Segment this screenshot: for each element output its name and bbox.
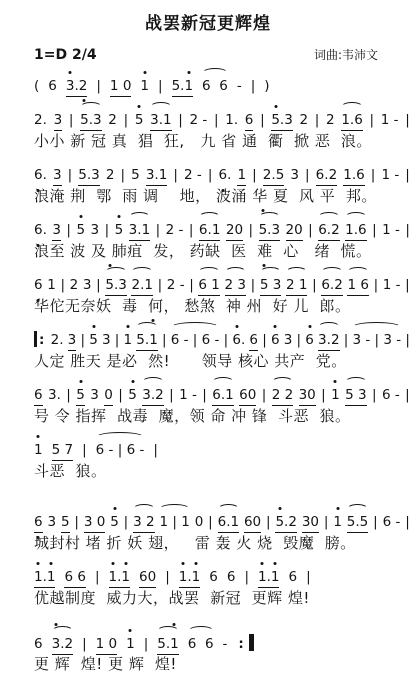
note-char: 7 [64,441,73,459]
barline: | [118,386,123,404]
barline: | [405,276,410,294]
note-char: . [43,166,47,184]
note-char: - [223,635,228,653]
note-group: 6. [34,166,47,184]
music-line: 1.16 6|1.160|1.166|1.16| [34,556,416,588]
note-group: 60 [239,386,256,406]
note-char: 6 [127,441,136,459]
note-char: 3 [93,111,102,129]
note-group: 5.5 [347,513,368,533]
note-char: 6 [212,386,221,404]
note-char: 1 [124,331,133,349]
slur-arc [129,212,150,222]
note-group: 6 [34,386,43,406]
note-char: 6 [34,386,43,404]
meta-row: 1=D 2/4 词曲:韦沛文 [0,34,416,63]
repeat-dots: : [238,635,243,653]
note-group: 3.2 [52,635,73,655]
note-char: 2 [285,386,294,404]
note-char: 6 [232,331,241,349]
barline: | [66,221,71,239]
note-char: 3 [146,166,155,184]
octave-dot-above [126,325,129,328]
note-group: - [237,77,242,95]
note-group: 6 - | 6 - [96,441,145,459]
note-char: 1 [184,77,193,95]
note-char: - [237,77,242,95]
lyrics-line: 更 辉 煌! 更 辉 煌! [34,654,416,674]
lyrics-line: 优越制度 威力大，战罢 新冠 更辉 煌! [34,588,416,608]
note-group: 5.3 [271,111,292,131]
note-char: 1 [230,513,239,531]
note-group: 30 [299,386,316,406]
note-group: 5 [131,166,140,184]
note-char: 1 [382,221,391,239]
octave-dot-above [152,319,155,322]
note-char: 3 [302,513,311,531]
slur-arc [131,267,152,277]
note-group: 6 - [382,386,400,404]
note-char: 6 [316,166,325,184]
slur-arc [80,102,101,112]
note-group: 5 [76,221,85,239]
slur-arc [52,626,73,636]
note-group: 1 [126,635,135,653]
note-char: 3 [133,513,142,531]
note-group: 2 [300,111,309,129]
note-char: - [180,276,185,294]
note-char: 1 [211,276,220,294]
note-char: - [192,386,197,404]
note-char: 5 [275,513,284,531]
octave-dot-above [37,562,40,565]
note-char: 3 [150,111,159,129]
note-group: 6.1 [212,386,233,406]
slur-arc [157,626,178,636]
note-char: 1 [170,635,179,653]
note-group: 3.1 [129,221,150,241]
barline: | [224,331,229,349]
lyrics-line: 浪至 波 及 肺疽 发， 药缺 医 难 心 绪 慌。 [34,241,416,261]
slur-arc [136,322,157,332]
barline: | [297,331,302,349]
note-char: 1 [159,166,168,184]
lyrics-line: 小小 新 冠 真 猖 狂, 九 省 通 衢 掀 恶 浪。 [34,131,416,151]
note-char: 2 [146,513,155,531]
note-char: 2 [131,276,140,294]
note-char: 6 [356,166,365,184]
note-group: 3.2 [66,77,87,97]
note-char: 1 [333,513,342,531]
note-char: 2 [331,331,340,349]
note-char: 6 [305,331,314,349]
note-char: 2 [106,166,115,184]
note-char: 1 [237,166,246,184]
note-group: 2.5 [263,166,284,186]
note-group: 1 - [381,166,399,184]
barline: | [178,111,183,129]
music-line: 63.|530|53.2|1 -|6.160|2 230|15 3|6 -| [34,374,410,406]
octave-dot-above [182,562,185,565]
note-char: 1 [179,568,188,586]
note-char: 3 [318,331,327,349]
barline: | [74,513,79,531]
slur-arc [345,377,366,387]
octave-dot-above [261,562,264,565]
note-group: 1.6 [341,111,362,131]
note-group: 6 [245,111,254,131]
note-group: 1 0 [96,635,117,655]
note-group: 5.1 [157,635,178,655]
note-char: 6 [202,331,211,349]
slur-arc [218,504,239,514]
barline: | [305,166,310,184]
barline: | [162,331,167,349]
barline: | [405,166,410,184]
note-char: 6 [34,635,43,653]
octave-dot-below [221,189,224,192]
octave-dot-above [117,215,120,218]
note-group: 6 [34,635,43,653]
lyrics-line: 人定 胜天 是必 然! 领导 核心 共产 党。 [34,351,416,371]
octave-dot-above [308,325,311,328]
note-char: 1 [181,513,190,531]
note-char: 5 [76,386,85,404]
note-char: 6 [358,221,367,239]
note-group: 5.3 [80,111,101,131]
note-group: 2 - [167,276,185,294]
note-char: - [139,441,144,459]
note-char: 1 [212,221,221,239]
note-char: 3 [284,111,293,129]
barline: | [405,331,410,349]
barline: | [173,166,178,184]
note-char: 5 [172,77,181,95]
octave-dot-above [235,325,238,328]
note-group: 2 3 [225,276,246,296]
note-group: 6 [305,331,314,349]
lyrics-line: 浪淹 荆 鄂 雨 调 地， 波涌 华 夏 风 平 邦。 [34,186,416,206]
repeat-close-sign: : [236,634,253,653]
barline: | [214,111,219,129]
note-char: 2 [34,111,43,129]
note-char: 5 [345,386,354,404]
octave-dot-above [336,507,339,510]
repeat-barline [34,331,37,347]
slur-arc [347,504,368,514]
note-char: 6 [139,568,148,586]
note-char: 1 [47,276,56,294]
note-group: 5 [76,386,85,406]
octave-dot-above [274,105,277,108]
slur-arc [202,68,228,78]
note-group: 3 [284,331,293,349]
note-char: 3 [83,276,92,294]
note-char: 5 [128,386,137,404]
octave-dot-above [113,507,116,510]
note-char: 2 [331,221,340,239]
key-signature: 1=D 2/4 [34,47,97,63]
music-line: 635|3 05|3 21 | 10|6.160|5.230|15.5|6 -| [34,501,410,533]
octave-dot-above [194,562,197,565]
barline: | [371,166,376,184]
note-group: 3 - | 3 - [352,331,401,349]
note-group: 3.1 [146,166,167,186]
note-char: 3 [68,331,77,349]
note-char: . [59,331,63,349]
barline: | [306,568,311,586]
note-char: 0 [253,513,262,531]
note-group: 6. [34,221,47,239]
barline: | [321,386,326,404]
barline: | [96,77,101,95]
note-char: 5 [110,513,119,531]
note-char: 1 [341,111,350,129]
barline: | [312,276,317,294]
note-char: 5 [131,166,140,184]
note-group: 3 [290,166,299,184]
paren-open: ( [34,77,39,95]
note-char: 6 [34,276,43,294]
note-group: 3 [54,111,63,131]
note-group: 6 - | 6 - [171,331,220,349]
octave-dot-above [69,71,72,74]
note-group: 3. [48,386,61,404]
note-char: 6 [382,386,391,404]
slur-arc [341,102,362,112]
note-char: 0 [109,635,118,653]
note-char: 1 [47,568,56,586]
barline: | [158,77,163,95]
page-title: 战罢新冠更辉煌 [0,9,416,34]
barline: | [324,513,329,531]
slur-arc [105,267,126,277]
note-group: 0 [104,386,113,406]
barline: | [69,111,74,129]
note-char: 0 [104,386,113,404]
slur-arc [150,102,171,112]
note-group: 30 [302,513,319,533]
note-char: 5 [259,221,268,239]
barline: | [252,166,257,184]
note-group: 6 6 [64,568,85,588]
note-char: 2 [51,331,60,349]
note-char: 6 [64,568,73,586]
note-group: 5 3 [260,276,281,296]
note-group: 5 [110,513,119,531]
lyrics-line: 华佗无奈妖 毒 何， 愁煞 神 州 好 儿 郎。 [34,296,416,316]
note-char: 1 [381,166,390,184]
barline: | [189,221,194,239]
barline: | [405,221,410,239]
note-char: . [227,166,231,184]
barline: | [249,221,254,239]
note-char: 6 [288,568,297,586]
repeat-dots: : [39,331,44,349]
note-group: 1 [47,276,56,294]
note-group: 20 [286,221,303,241]
note-group: 1 [124,331,133,349]
note-group: 3 [53,166,62,186]
note-group: 1 | 1 [159,513,189,531]
note-group: 1.6 [345,221,366,241]
note-group: 2 [106,166,115,184]
barline: | [405,111,410,129]
note-char: 2 [64,635,73,653]
note-group: 1 [333,513,342,531]
note-group: 6 [227,568,236,586]
slur-arc [318,212,339,222]
note-group: 1 - [382,221,400,239]
slur-arc [352,322,401,332]
lyrics-line: 斗恶 狼。 [34,461,416,481]
note-char: . [234,111,238,129]
note-char: 1 [144,276,153,294]
note-char: 2 [226,221,235,239]
barline: | [144,635,149,653]
note-char: 3 [48,386,57,404]
note-group: 6 6 [202,77,228,95]
note-char: 1 [109,568,118,586]
note-char: 6 [199,221,208,239]
barline: | [208,513,213,531]
note-char: 1 [110,77,119,95]
note-group: 3 0 [84,513,105,533]
note-char: - [396,331,401,349]
note-char: 5 [347,513,356,531]
note-char: 0 [234,221,243,239]
octave-dot-above [334,380,337,383]
note-char: - [202,111,207,129]
note-char: 2 [288,513,297,531]
note-char: 3 [273,276,282,294]
note-group: 1 [237,166,246,186]
note-group: 2 - [166,221,184,239]
barline: | [344,331,349,349]
barline: | [82,441,87,459]
note-char: 5 [115,221,124,239]
barline: | [96,276,101,294]
slur-arc [171,322,220,332]
note-char: 6 [354,111,363,129]
note-group: 1.1 [109,568,130,588]
note-char: 1 [142,221,151,239]
note-group: 6.2 [318,221,339,241]
note-group: 3 [90,386,99,404]
note-char: 5 [360,513,369,531]
note-char: 6 [318,221,327,239]
lyrics-line: 城封村 堵 折 妖 翅， 雷 轰 火 烧 毁魔 膀。 [34,533,416,553]
note-char: 2 [300,111,309,129]
octave-dot-below [37,299,40,302]
note-group: 5 [135,111,144,129]
note-group: 1.1 [258,568,279,588]
note-group: 2 [70,276,79,294]
barline: | [121,166,126,184]
note-char: 6 [209,568,218,586]
note-group: 5 [115,221,124,239]
note-group: 6 [288,568,297,586]
note-group: 5 [89,331,98,349]
note-char: 2 [286,221,295,239]
note-char: 6 [219,166,228,184]
note-group: 3 [83,276,92,294]
note-char: 2 [334,276,343,294]
barline: | [189,276,194,294]
note-group: 6. [232,331,245,349]
note-char: 3 [271,221,280,239]
octave-dot-above [173,623,176,626]
note-group: 6 [249,331,258,351]
note-char: 1 [34,568,43,586]
note-group: 2. [34,111,47,129]
octave-dot-above [79,380,82,383]
barline: | [115,331,120,349]
note-char: 6 [77,568,86,586]
final-barline [249,634,254,651]
note-char: 6 [48,77,57,95]
note-group: 5.1 [136,331,157,351]
note-char: 5 [78,166,87,184]
note-char: 5 [271,111,280,129]
note-char: 3 [47,513,56,531]
note-char: . [241,331,245,349]
note-char: 6 [245,111,254,129]
octave-dot-above [111,562,114,565]
slur-arc [318,322,339,332]
note-group: 2. [51,331,64,349]
note-group: 1 - [383,276,401,294]
octave-dot-above [79,215,82,218]
note-char: 6 [321,276,330,294]
slur-arc [159,504,189,514]
note-group: 1 [140,77,149,95]
note-group: 6. [219,166,232,184]
note-char: 0 [307,386,316,404]
note-char: 1 [299,276,308,294]
note-char: 5 [61,513,70,531]
note-group: 1 - [179,386,197,404]
octave-dot-above [274,562,277,565]
note-char: 3 [84,513,93,531]
music-line: 6.3|53|53.1|2 -|6.120|5.320|6.21.6|1 -| [34,209,410,241]
barline: | [372,221,377,239]
slur-arc [272,377,293,387]
note-char: 0 [248,386,257,404]
note-char: 1 [381,111,390,129]
note-char: 1 [347,276,356,294]
octave-dot-above [124,562,127,565]
octave-dot-below [37,189,40,192]
note-char: 3 [53,166,62,184]
note-char: - [394,166,399,184]
note-char: 3 [52,221,61,239]
note-char: 1 [383,276,392,294]
note-char: 6 [34,166,43,184]
note-group: 3.2 [142,386,163,406]
barline: | [373,513,378,531]
note-char: 6 [198,276,207,294]
composer-credit: 词曲:韦沛文 [314,46,378,63]
octave-dot-above [278,507,281,510]
note-char: 6 [171,331,180,349]
note-group: 60 [244,513,261,533]
note-char: . [43,221,47,239]
octave-dot-above [131,380,134,383]
note-char: 6 [271,331,280,349]
note-char: 1 [343,166,352,184]
note-char: 0 [97,513,106,531]
